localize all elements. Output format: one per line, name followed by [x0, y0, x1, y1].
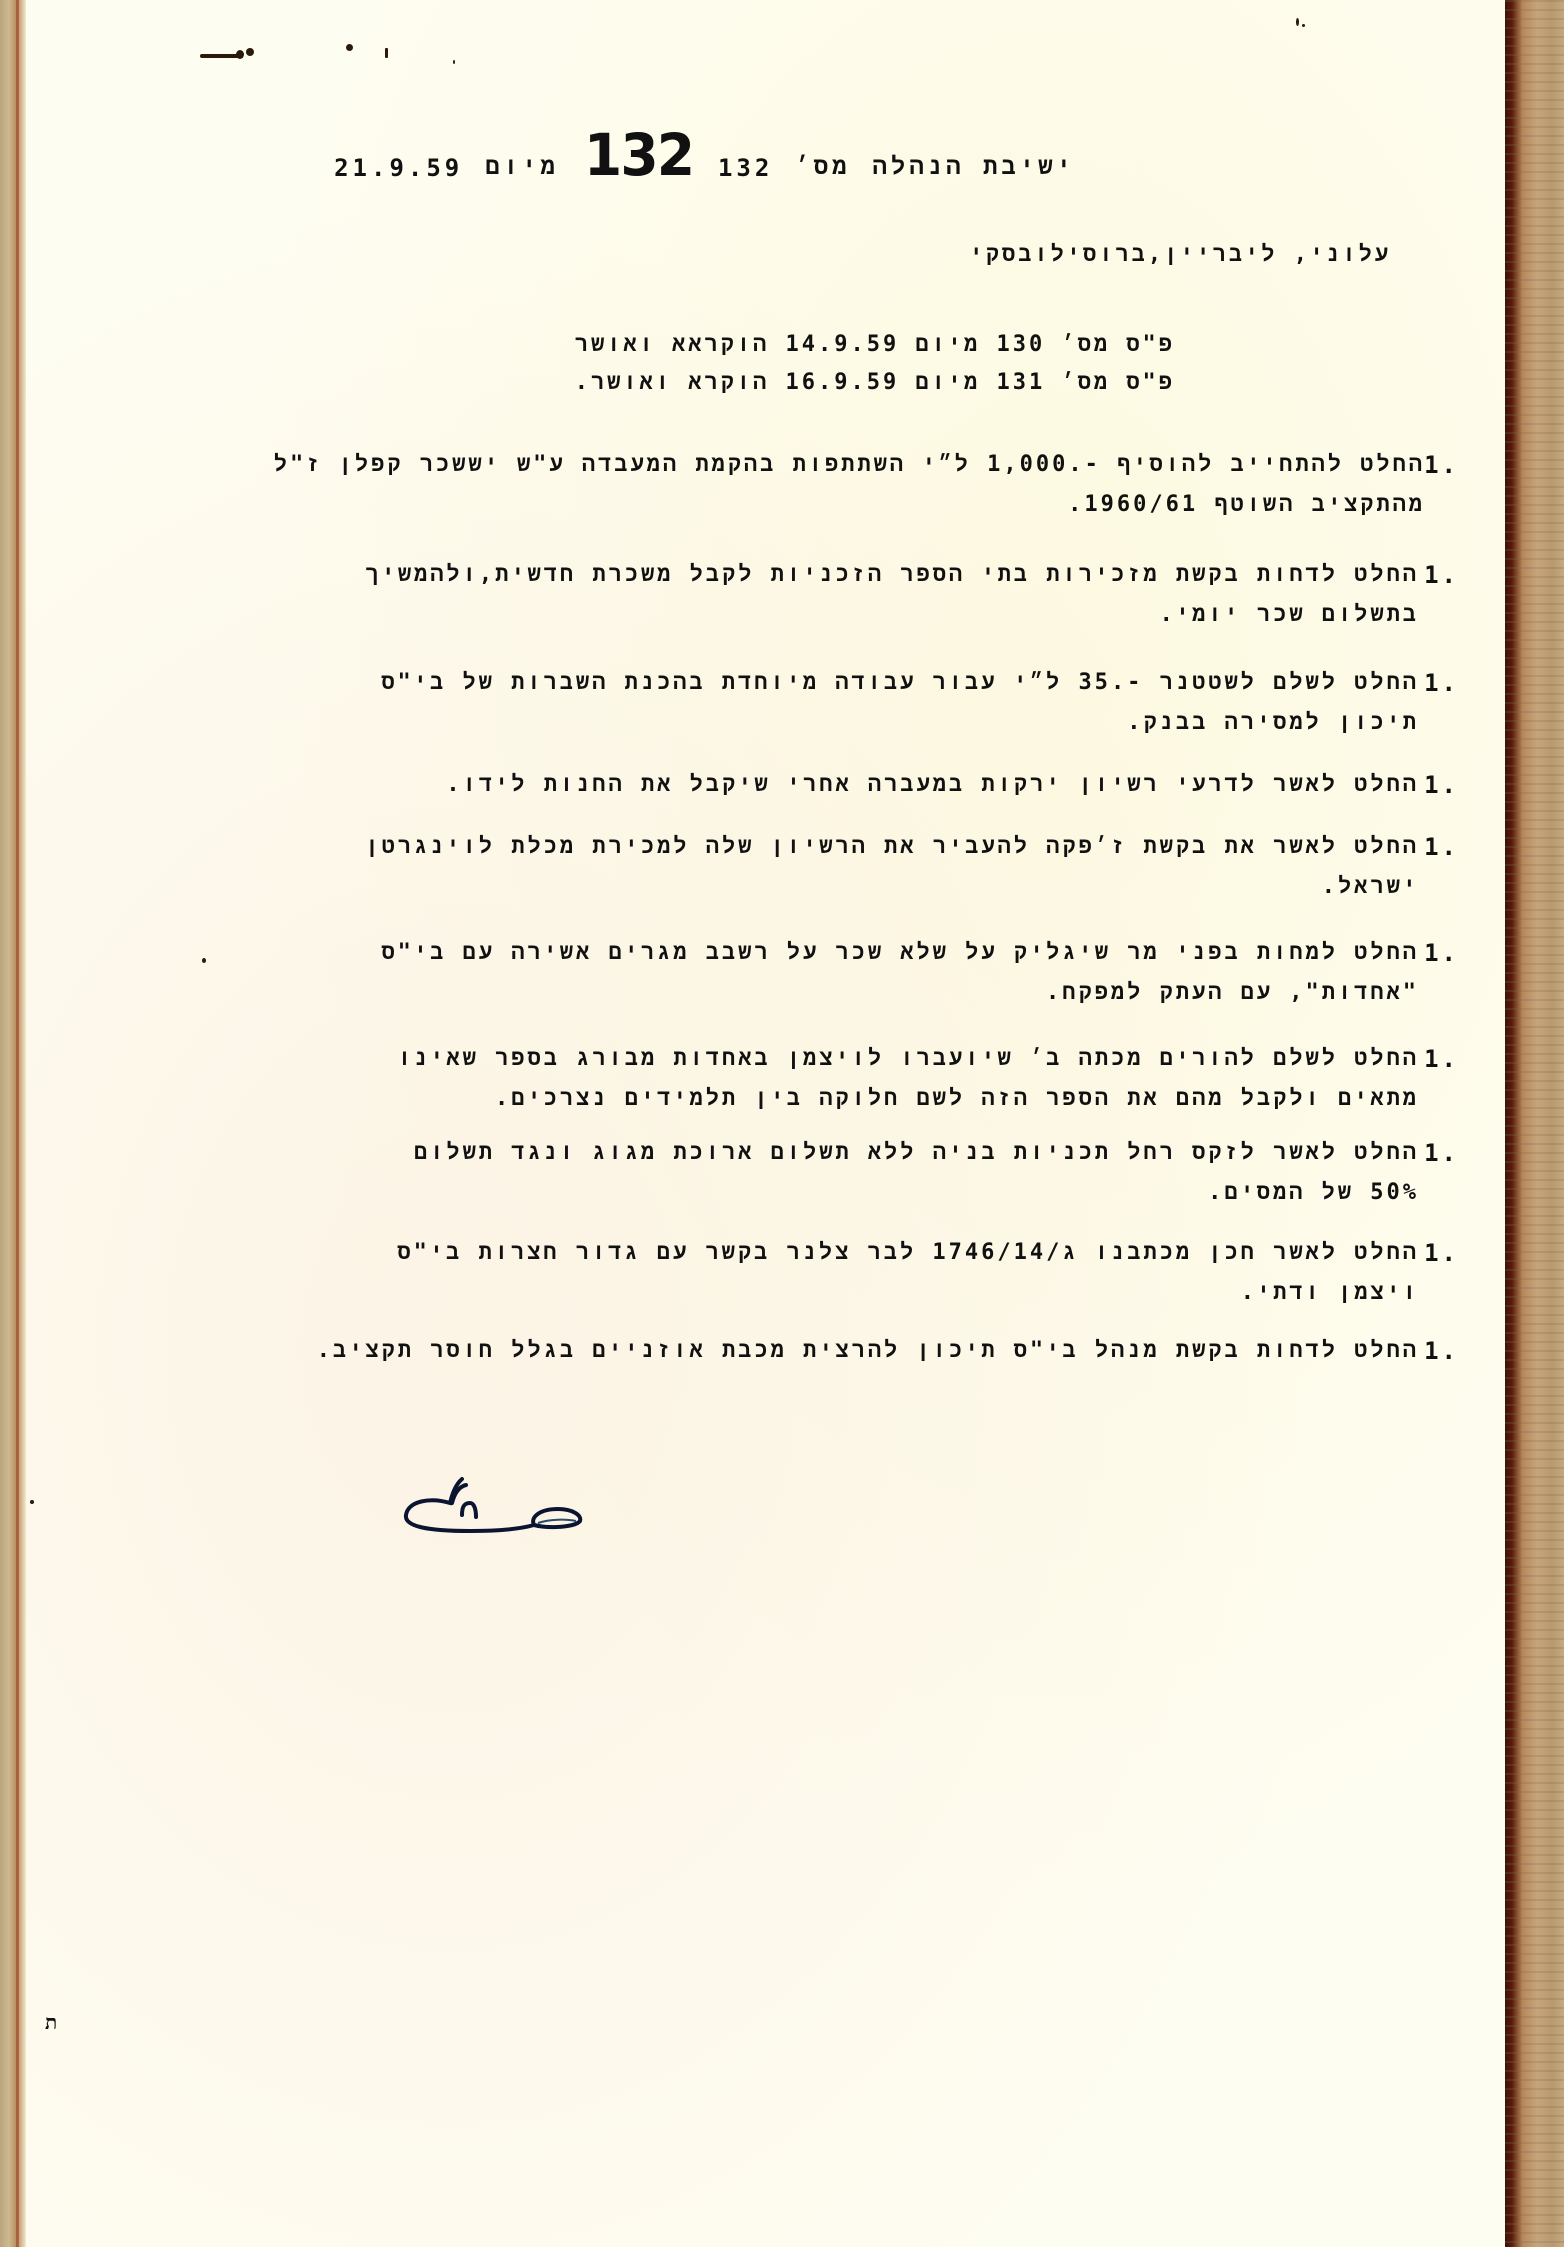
decision-text-continued: ישראל.	[15, 867, 1419, 907]
decision-item: 1. החלט לאשר חכן מכתבנו ג/1746/14 לבר צל…	[15, 1233, 1455, 1313]
decision-number: 1.	[1424, 445, 1459, 485]
number-label: מס׳	[795, 152, 850, 182]
ink-speck	[1296, 18, 1299, 26]
ink-speck	[246, 48, 254, 56]
decision-text-continued: ויצמן ודתי.	[15, 1273, 1419, 1313]
typed-meeting-number: 132	[718, 154, 773, 182]
ink-speck	[346, 44, 353, 51]
decision-text-continued: "אחדות", עם העתק למפקח.	[15, 973, 1419, 1013]
decision-text-continued: תיכון למסירה בבנק.	[15, 703, 1419, 743]
ink-speck	[385, 48, 388, 58]
decision-number: 1.	[1424, 1039, 1459, 1079]
decision-item: 1. החלט להתחייב להוסיף -.1,000 ל״י השתתפ…	[15, 445, 1455, 525]
meeting-header: ישיבת הנהלה מס׳ 132 132 מיום 21.9.59	[334, 128, 1075, 182]
protocol-line: פ"ס מס׳ 131 מיום 16.9.59 הוקרא ואושר.	[575, 364, 1175, 402]
handwritten-meeting-number: 132	[584, 128, 693, 182]
date-label: מיום	[485, 152, 559, 182]
decision-text: החלט לשלם לשטטנר -.35 ל״י עבור עבודה מיו…	[15, 663, 1419, 703]
meeting-title: ישיבת הנהלה	[873, 152, 1075, 182]
ink-speck	[30, 1500, 34, 1504]
ink-speck	[236, 50, 244, 59]
signature	[400, 1465, 600, 1545]
decision-text-continued: מתאים ולקבל מהם את הספר הזה לשם חלוקה בי…	[15, 1079, 1419, 1119]
decision-text: החלט למחות בפני מר שיגליק על שלא שכר על …	[15, 933, 1419, 973]
decision-text: החלט להתחייב להוסיף -.1,000 ל״י השתתפות …	[15, 445, 1425, 485]
decision-item: 1. החלט לשלם להורים מכתה ב׳ שיועברו לויצ…	[15, 1039, 1455, 1119]
decision-number: 1.	[1424, 1233, 1459, 1273]
decisions-list: 1. החלט להתחייב להוסיף -.1,000 ל״י השתתפ…	[15, 445, 1455, 1371]
binding-edge	[1505, 0, 1564, 2247]
decision-number: 1.	[1424, 765, 1459, 805]
decision-text: החלט לאשר לזקס רחל תכניות בניה ללא תשלום…	[15, 1133, 1419, 1173]
scan-left-edge	[0, 0, 26, 2247]
decision-number: 1.	[1424, 1133, 1459, 1173]
attendees-line: עלוני, ליבריין,ברוסילובסקי	[970, 235, 1391, 275]
decision-text: החלט לאשר לדרעי רשיון ירקות במעברה אחרי …	[15, 765, 1419, 805]
protocol-line: פ"ס מס׳ 130 מיום 14.9.59 הוקראא ואושר	[575, 326, 1175, 364]
decision-item: 1. החלט לאשר את בקשת ז׳פקה להעביר את הרש…	[15, 827, 1455, 907]
decision-text: החלט לאשר את בקשת ז׳פקה להעביר את הרשיון…	[15, 827, 1419, 867]
decision-item: 1. החלט לדחות בקשת מזכירות בתי הספר הזכנ…	[15, 555, 1455, 635]
decision-text-continued: 50% של המסים.	[15, 1173, 1419, 1213]
page-mark: ת	[45, 2010, 57, 2035]
decision-number: 1.	[1424, 827, 1459, 867]
decision-item: 1. החלט לאשר לזקס רחל תכניות בניה ללא תש…	[15, 1133, 1455, 1213]
document-page: ישיבת הנהלה מס׳ 132 132 מיום 21.9.59 עלו…	[0, 0, 1505, 2247]
ink-speck	[453, 60, 455, 64]
decision-item: 1. החלט לאשר לדרעי רשיון ירקות במעברה אח…	[15, 765, 1455, 805]
ink-speck	[200, 54, 240, 58]
decision-text-continued: בתשלום שכר יומי.	[15, 595, 1419, 635]
decision-text: החלט לדחות בקשת מזכירות בתי הספר הזכניות…	[15, 555, 1419, 595]
previous-protocols: פ"ס מס׳ 130 מיום 14.9.59 הוקראא ואושר פ"…	[575, 326, 1175, 402]
decision-text: החלט לאשר חכן מכתבנו ג/1746/14 לבר צלנר …	[15, 1233, 1419, 1273]
decision-item: 1. החלט לשלם לשטטנר -.35 ל״י עבור עבודה …	[15, 663, 1455, 743]
decision-text: החלט לדחות בקשת מנהל בי"ס תיכון להרצית מ…	[15, 1331, 1419, 1371]
decision-item: 1. החלט למחות בפני מר שיגליק על שלא שכר …	[15, 933, 1455, 1013]
decision-text: החלט לשלם להורים מכתה ב׳ שיועברו לויצמן …	[15, 1039, 1419, 1079]
decision-number: 1.	[1424, 555, 1459, 595]
decision-number: 1.	[1424, 1331, 1459, 1371]
decision-text-continued: מהתקציב השוטף 1960/61.	[15, 485, 1425, 525]
decision-number: 1.	[1424, 663, 1459, 703]
decision-item: 1. החלט לדחות בקשת מנהל בי"ס תיכון להרצי…	[15, 1331, 1455, 1371]
meeting-date: 21.9.59	[334, 154, 463, 182]
decision-number: 1.	[1424, 933, 1459, 973]
ink-speck	[1302, 24, 1305, 27]
